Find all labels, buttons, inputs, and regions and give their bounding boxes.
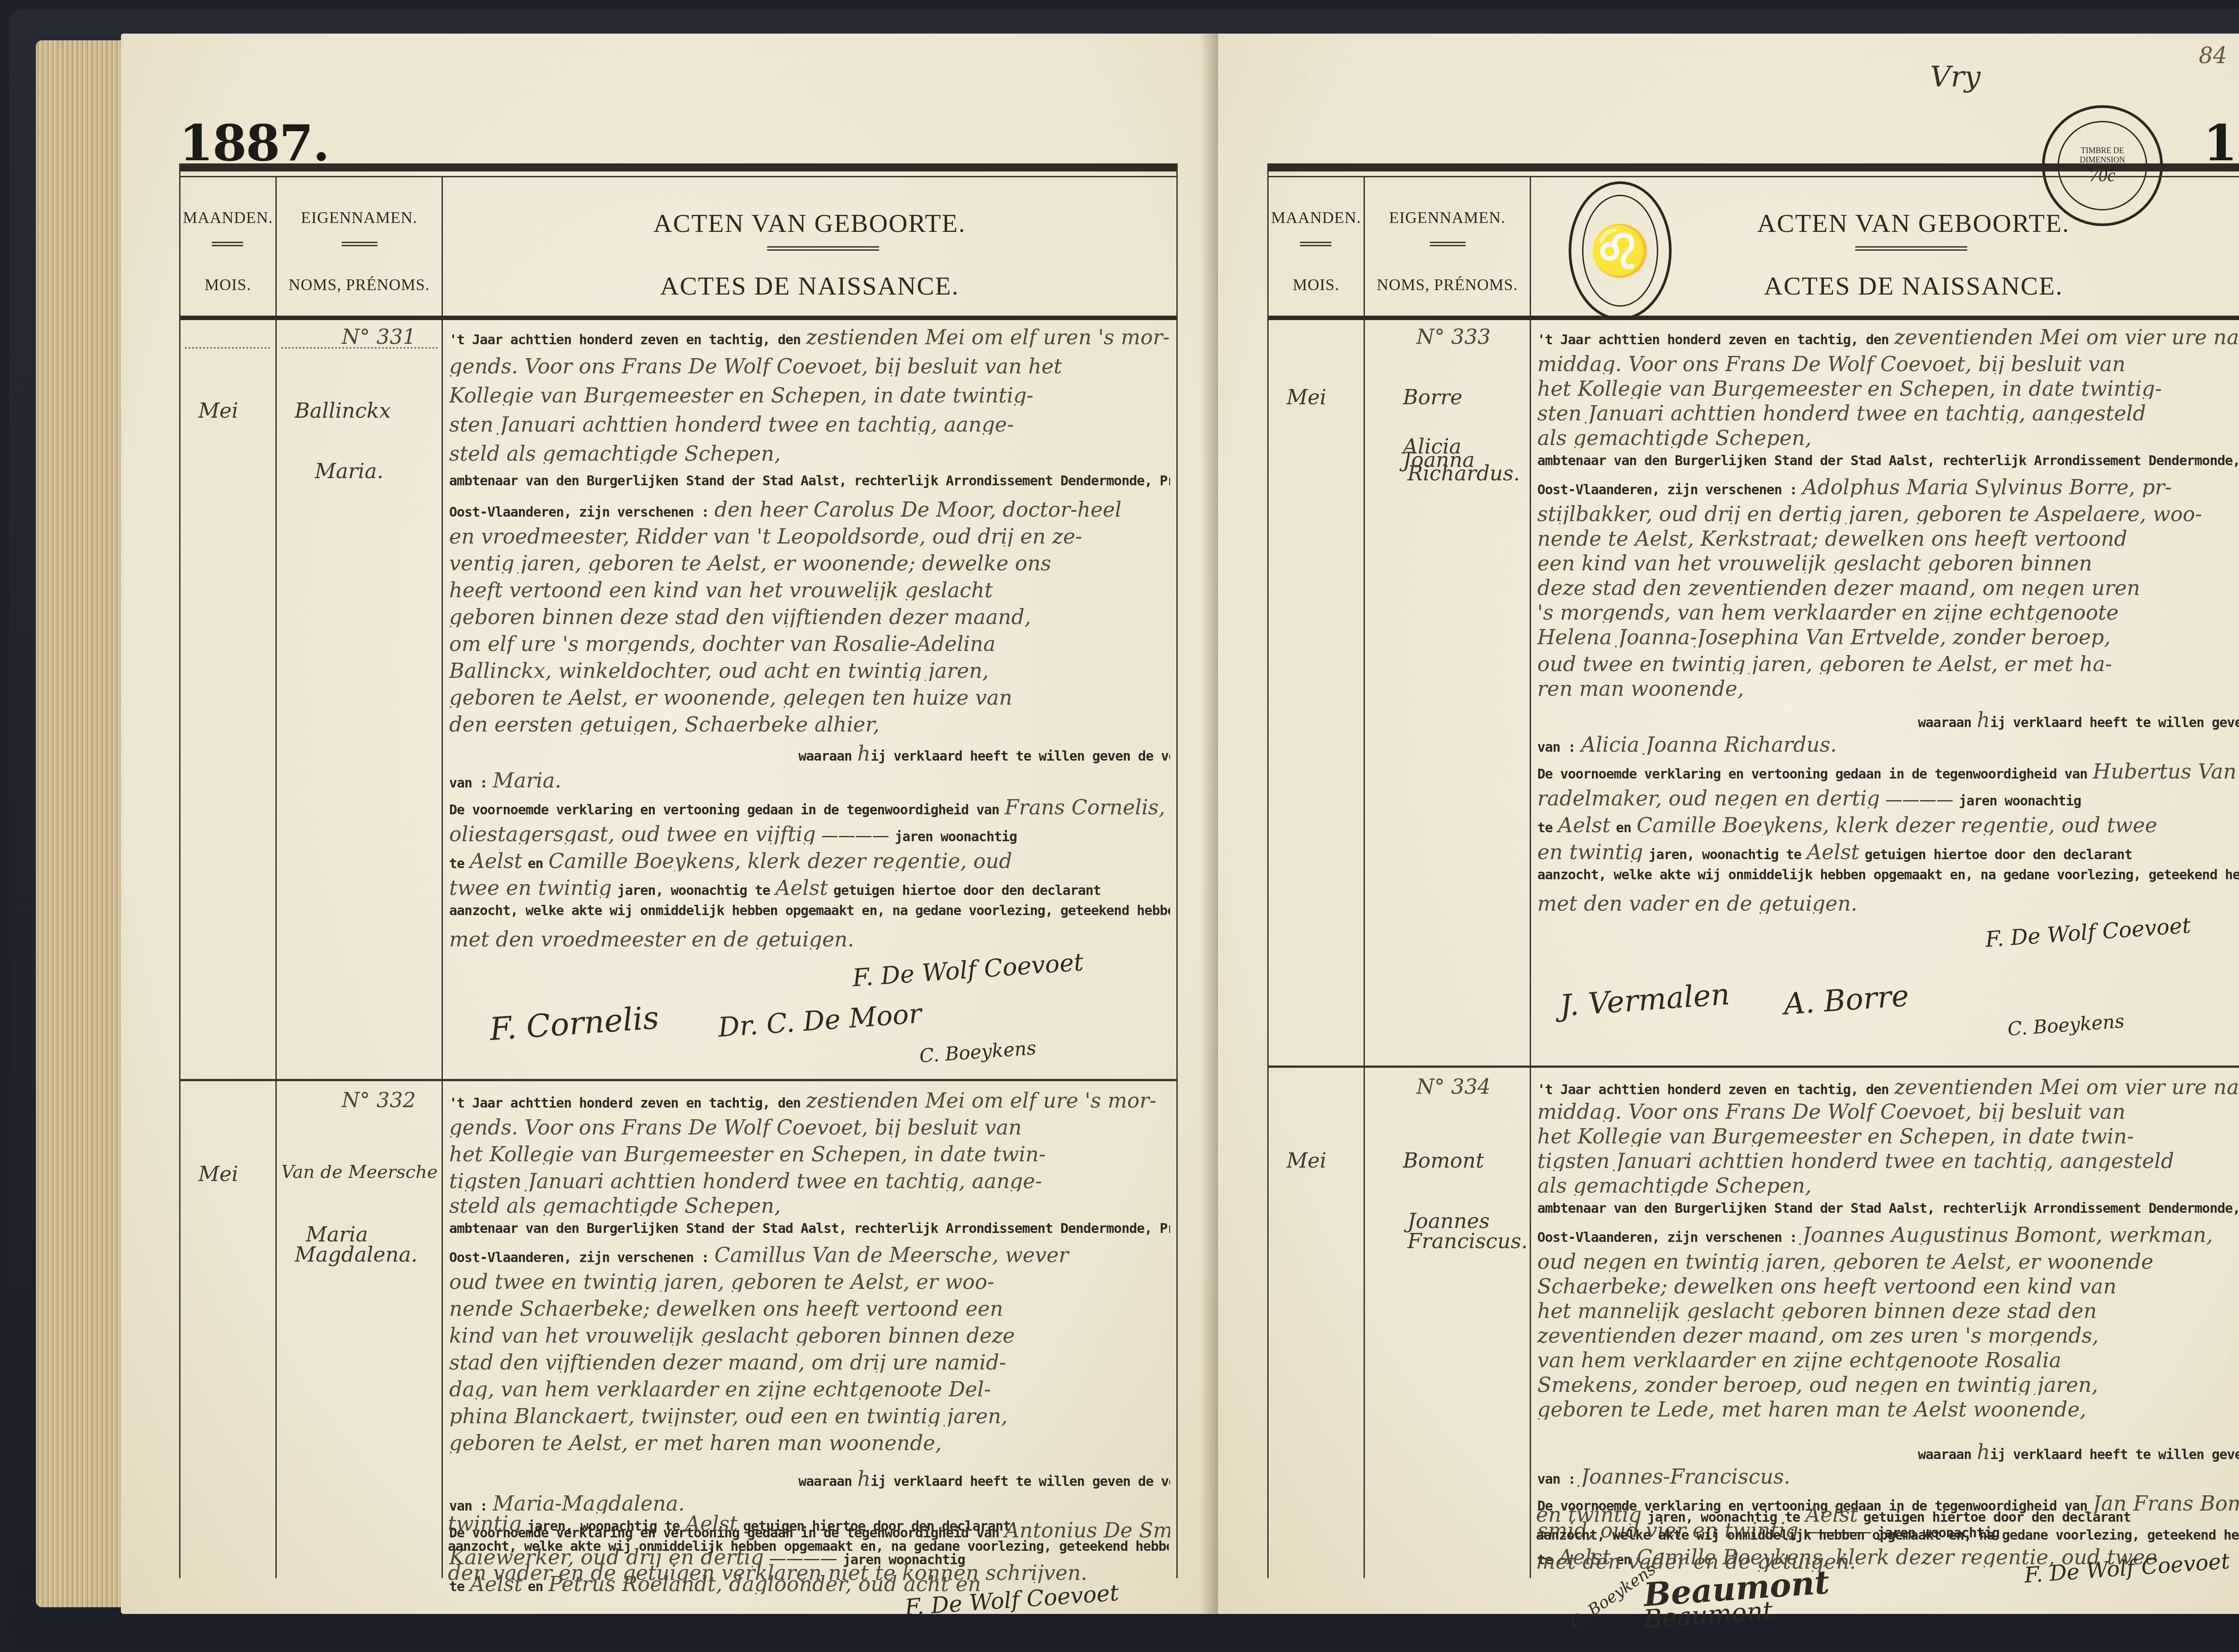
handwritten-pronoun: h — [858, 1468, 871, 1489]
header-divider — [342, 242, 377, 246]
header-month-nl: MAANDEN. — [180, 208, 275, 227]
entry-month: Mei — [198, 1162, 238, 1186]
title-nl: ACTEN VAN GEBOORTE. — [443, 208, 1176, 238]
handwritten-age: en twintig — [1537, 842, 1643, 862]
handwritten-line: phina Blanckaert, twijnster, oud een en … — [449, 1406, 1170, 1426]
handwritten-line: het Kollegie van Burgemeester en Schepen… — [1537, 378, 2239, 399]
entry-surname: Bomont — [1403, 1148, 1484, 1173]
handwritten-line: middag. Voor ons Frans De Wolf Coevoet, … — [1537, 1101, 2239, 1122]
entry-separator — [1269, 1066, 2239, 1068]
handwritten-date: zeventienden Mei om vier ure na- — [1894, 1077, 2239, 1097]
printed-text: jaren, woonachtig te — [1648, 847, 1801, 862]
declarant-line: Oost-Vlaanderen, zijn verschenen : den h… — [449, 499, 1170, 520]
signature-witness: C. Boeykens — [919, 1037, 1037, 1067]
printed-text: jaren, woonachtig te — [617, 883, 770, 898]
handwritten-line: steld als gemachtigde Schepen, — [449, 443, 1170, 464]
printed-text: te — [449, 856, 464, 871]
handwritten-line: als gemachtigde Schepen, — [1537, 1175, 2239, 1196]
handwritten-pronoun: h — [1977, 710, 1990, 730]
register-form-left: MAANDEN. MOIS. EIGENNAMEN. NOMS, PRÉNOMS… — [179, 163, 1178, 1578]
handwritten-line: oud twee en twintig jaren, geboren te Ae… — [1537, 654, 2239, 674]
register-form-right: MAANDEN. MOIS. EIGENNAMEN. NOMS, PRÉNOMS… — [1267, 163, 2239, 1578]
dry-stamp-lion: ♌ — [1569, 181, 1672, 320]
handwritten-child-names: Alicia Joanna Richardus. — [1581, 734, 1836, 755]
printed-text: aanzocht, welke akte wij onmiddelijk heb… — [1536, 1529, 2239, 1542]
witness1-age-line: oliestagersgast, oud twee en vijftig ———… — [449, 824, 1170, 844]
page-edges-left — [36, 40, 134, 1607]
handwritten-child-names: Maria-Magdalena. — [493, 1493, 685, 1514]
signature-declarant: Dr. C. De Moor — [717, 998, 922, 1044]
entry-month: Mei — [198, 398, 238, 423]
declarant-line: Oost-Vlaanderen, zijn verschenen : Camil… — [449, 1245, 1170, 1265]
header-rule-top — [180, 163, 1176, 171]
handwritten-line: oud negen en twintig jaren, geboren te A… — [1537, 1251, 2239, 1272]
printed-text: 't Jaar achttien honderd zeven en tachti… — [1537, 332, 1889, 347]
folio-number: 84 — [2199, 43, 2227, 68]
handwritten-line: tigsten Januari achttien honderd twee en… — [1537, 1151, 2239, 1171]
handwritten-line: Ballinckx, winkeldochter, oud acht en tw… — [449, 660, 1170, 681]
printed-text: aanzocht, welke akte wij onmiddelijk heb… — [449, 904, 1170, 918]
handwritten-line: een kind van het vrouwelijk geslacht geb… — [1537, 553, 2239, 573]
handwritten-closing: met den vader en de getuigen. — [1537, 893, 2239, 914]
printed-text: aanzocht, welke akte wij onmiddelijk heb… — [448, 1540, 1169, 1554]
child-names-line: van : Joannes-Franciscus. — [1537, 1466, 2239, 1487]
handwritten-line: en vroedmeester, Ridder van 't Leopoldso… — [449, 526, 1170, 547]
handwritten-line: als gemachtigde Schepen, — [1537, 428, 2239, 448]
handwritten-child-names: Maria. — [493, 770, 561, 791]
handwritten-place: Aelst — [1807, 842, 1859, 862]
header-month-fr: MOIS. — [1269, 275, 1364, 294]
header-rule-thin — [1269, 176, 2239, 177]
handwritten-witness: Hubertus Van Mollem — [2093, 761, 2239, 782]
title-fr: ACTES DE NAISSANCE. — [443, 271, 1176, 301]
handwritten-line: Kollegie van Burgemeester en Schepen, in… — [449, 385, 1170, 406]
handwritten-line: oud twee en twintig jaren, geboren te Ae… — [449, 1271, 1170, 1292]
handwritten-line: het Kollegie van Burgemeester en Schepen… — [449, 1144, 1170, 1164]
printed-text: jaren, woonachtig te — [527, 1519, 680, 1534]
handwritten-age: oliestagersgast, oud twee en vijftig — [449, 824, 816, 844]
printed-text: ij verklaard heeft te willen geven de vo… — [1990, 1447, 2239, 1462]
handwritten-line: den eersten getuigen, Schaerbeke alhier, — [449, 714, 1170, 735]
printed-text: ij verklaard heeft te willen geven de vo… — [871, 749, 1170, 764]
handwritten-declarant: Joannes Augustinus Bomont, werkman, — [1802, 1224, 2213, 1245]
handwritten-line: nende Schaerbeke; dewelken ons heeft ver… — [449, 1298, 1170, 1319]
printed-text: ij verklaard heeft te willen geven de vo… — [871, 1474, 1170, 1489]
handwritten-closing: den vader en de getuigen verklaren niet … — [448, 1562, 1169, 1583]
handwritten-date: zestienden Mei om elf ure 's mor- — [806, 1090, 1156, 1111]
handwritten-line: gends. Voor ons Frans De Wolf Coevoet, b… — [449, 1117, 1170, 1138]
printed-text: 't Jaar achttien honderd zeven en tachti… — [1537, 1082, 1889, 1097]
entry-given-name: Richardus. — [1407, 461, 1520, 485]
handwritten-date: zeventienden Mei om vier ure na- — [1894, 327, 2239, 347]
printed-text: getuigen hiertoe door den declarant — [833, 883, 1101, 898]
handwritten-line: van hem verklaarder en zijne echtgenoote… — [1537, 1350, 2239, 1370]
printed-text: jaren, woonachtig te — [1647, 1510, 1800, 1525]
handwritten-line: middag. Voor ons Frans De Wolf Coevoet, … — [1537, 354, 2239, 374]
printed-text: jaren woonachtig — [1959, 793, 2081, 809]
header-rule-bottom — [180, 316, 1176, 320]
entry-surname: Van de Meersche — [281, 1162, 438, 1182]
printed-text: waaraan — [798, 749, 852, 764]
printed-text: ambtenaar van den Burgerlijken Stand der… — [1537, 454, 2239, 468]
handwritten-closing: met den vroedmeester en de getuigen. — [449, 929, 1170, 950]
child-names-line: van : Maria-Magdalena. — [449, 1493, 1170, 1514]
handwritten-age: twintig — [448, 1513, 522, 1534]
entry-surname: Ballinckx — [295, 398, 391, 423]
printed-text: Oost-Vlaanderen, zijn verschenen : — [1537, 482, 1797, 497]
printed-text: Oost-Vlaanderen, zijn verschenen : — [449, 1250, 709, 1265]
handwritten-line: zeventienden dezer maand, om zes uren 's… — [1537, 1325, 2239, 1346]
printed-text: van : — [449, 1498, 487, 1514]
birth-entry-332: N° 332 Mei Van de Meersche Maria Magdale… — [180, 1079, 1176, 1571]
witness2-age-line: twintig jaren, woonachtig te Aelst getui… — [448, 1513, 1169, 1534]
handwritten-line: 's morgends, van hem verklaarder en zijn… — [1537, 602, 2239, 623]
entry-number: N° 334 — [1416, 1074, 1491, 1099]
handwritten-place: Aelst — [685, 1513, 738, 1534]
witness2-line: te Aelst en Camille Boeykens, klerk deze… — [1537, 815, 2239, 835]
handwritten-line: dag, van hem verklaarder en zijne echtge… — [449, 1379, 1170, 1399]
header-divider — [1300, 242, 1331, 246]
signature-officer: F. De Wolf Coevoet — [851, 948, 1084, 992]
header-names-nl: EIGENNAMEN. — [277, 208, 442, 227]
printed-text: Oost-Vlaanderen, zijn verschenen : — [1537, 1230, 1797, 1245]
act-opening-line: 't Jaar achttien honderd zeven en tachti… — [449, 327, 1170, 347]
signature-witness: F. Cornelis — [489, 999, 660, 1048]
handwritten-place: Aelst — [470, 851, 522, 871]
handwritten-pronoun: h — [1977, 1442, 1990, 1462]
printed-text: De voornoemde verklaring en vertooning g… — [1537, 766, 2087, 782]
witness2-age-line: twee en twintig jaren, woonachtig te Ael… — [449, 877, 1170, 898]
handwritten-line: Schaerbeke; dewelken ons heeft vertoond … — [1537, 1276, 2239, 1297]
act-opening-line: 't Jaar achttien honderd zeven en tachti… — [449, 1090, 1170, 1111]
handwritten-line: ren man woonende, — [1537, 678, 2239, 699]
signature-witness: C. Boeykens — [2007, 1010, 2125, 1040]
entry-given-name: Franciscus. — [1407, 1229, 1528, 1253]
printed-text: aanzocht, welke akte wij onmiddelijk heb… — [1537, 869, 2239, 882]
printed-text: en — [1616, 820, 1631, 835]
handwritten-age: radelmaker, oud negen en dertig — [1537, 788, 1880, 809]
handwritten-declarant: den heer Carolus De Moor, doctor-heel — [714, 499, 1121, 520]
witness2-line: te Aelst en Camille Boeykens, klerk deze… — [449, 851, 1170, 871]
printed-text: te — [1537, 820, 1553, 835]
header-names-fr: NOMS, PRÉNOMS. — [277, 275, 442, 294]
handwritten-line: geboren te Lede, met haren man te Aelst … — [1537, 1399, 2239, 1420]
title-divider — [767, 246, 879, 251]
handwritten-line: sten Januari achttien honderd twee en ta… — [449, 414, 1170, 435]
signature-witness: J. Vermalen — [1559, 977, 1731, 1023]
dotted-line — [281, 347, 438, 349]
handwritten-date: zestienden Mei om elf uren 's mor- — [806, 327, 1170, 347]
header-rule-thin — [180, 176, 1176, 177]
declarant-line: Oost-Vlaanderen, zijn verschenen : Joann… — [1537, 1224, 2239, 1245]
printed-text: Oost-Vlaanderen, zijn verschenen : — [449, 505, 709, 520]
act-opening-line: 't Jaar achttien honderd zeven en tachti… — [1537, 1077, 2239, 1097]
handwritten-line: stijlbakker, oud drij en dertig jaren, g… — [1537, 504, 2239, 524]
entry-separator — [180, 1079, 1176, 1081]
handwritten-line: geboren te Aelst, er woonende, gelegen t… — [449, 687, 1170, 708]
handwritten-line: tigsten Januari achttien honderd twee en… — [449, 1171, 1170, 1191]
printed-text: waaraan — [798, 1474, 852, 1489]
header-names-fr: NOMS, PRÉNOMS. — [1365, 275, 1530, 294]
handwritten-pronoun: h — [858, 743, 871, 764]
header-divider — [1430, 242, 1466, 246]
declarant-line: Oost-Vlaanderen, zijn verschenen : Adolp… — [1537, 477, 2239, 497]
birth-entry-333: N° 333 Mei Borre Alicia Joanna Richardus… — [1269, 320, 2239, 947]
handwritten-line: steld als gemachtigde Schepen, — [449, 1195, 1170, 1216]
printed-text: De voornoemde verklaring en vertooning g… — [449, 802, 999, 817]
printed-text: getuigen hiertoe door den declarant — [743, 1519, 1011, 1534]
handwritten-place: Aelst — [1558, 815, 1610, 835]
handwritten-line: nende te Aelst, Kerkstraat; dewelken ons… — [1537, 528, 2239, 549]
handwritten-line: geboren binnen deze stad den vijftienden… — [449, 607, 1170, 627]
header-divider — [212, 242, 243, 246]
printed-text: van : — [1537, 740, 1575, 755]
stamp-text: TIMBRE DE DIMENSION — [2059, 146, 2146, 165]
handwritten-line: om elf ure 's morgends, dochter van Rosa… — [449, 633, 1170, 654]
handwritten-line: Smekens, zonder beroep, oud negen en twi… — [1537, 1374, 2239, 1395]
handwritten-line: kind van het vrouwelijk geslacht geboren… — [449, 1325, 1170, 1346]
header-names-nl: EIGENNAMEN. — [1365, 208, 1530, 227]
signature-declarant: A. Borre — [1783, 978, 1910, 1021]
printed-text: 't Jaar achttien honderd zeven en tachti… — [449, 1096, 801, 1111]
header-month-nl: MAANDEN. — [1269, 208, 1364, 227]
voornamen-line: waaraan hij verklaard heeft te willen ge… — [798, 743, 1170, 764]
handwritten-witness: Camille Boeykens, klerk dezer regentie, … — [1637, 815, 2157, 835]
handwritten-line: ventig jaren, geboren te Aelst, er woone… — [449, 553, 1170, 573]
handwritten-line: sten Januari achttien honderd twee en ta… — [1537, 403, 2239, 424]
handwritten-line: stad den vijftienden dezer maand, om dri… — [449, 1352, 1170, 1373]
entry-number: N° 331 — [342, 325, 416, 349]
voornamen-line: waaraan hij verklaard heeft te willen ge… — [798, 1468, 1170, 1489]
handwritten-child-names: Joannes-Franciscus. — [1581, 1466, 1790, 1487]
header-rule-top — [1269, 163, 2239, 171]
printed-text: ambtenaar van den Burgerlijken Stand der… — [449, 1222, 1170, 1236]
handwritten-line: het mannelijk geslacht geboren binnen de… — [1537, 1301, 2239, 1321]
printed-text: van : — [1537, 1472, 1575, 1487]
entry-number: N° 332 — [342, 1088, 416, 1112]
entry-month: Mei — [1287, 385, 1326, 409]
title-divider — [1855, 246, 1967, 251]
printed-text: waaraan — [1918, 715, 1971, 730]
entry-surname: Borre — [1403, 385, 1463, 409]
handwritten-line: geboren te Aelst, er met haren man woone… — [449, 1433, 1170, 1453]
dotted-line — [185, 347, 270, 349]
signature-officer: F. De Wolf Coevoet — [1985, 913, 2192, 952]
margin-annotation: Vry — [1930, 60, 1981, 94]
handwritten-line: Helena Joanna-Josephina Van Ertvelde, zo… — [1537, 627, 2239, 647]
printed-text: ambtenaar van den Burgerlijken Stand der… — [449, 475, 1170, 488]
printed-text: getuigen hiertoe door den declarant — [1863, 1510, 2131, 1525]
printed-text: ambtenaar van den Burgerlijken Stand der… — [1537, 1202, 2239, 1215]
printed-text: van : — [449, 775, 487, 791]
printed-text: getuigen hiertoe door den declarant — [1865, 847, 2132, 862]
printed-text: jaren woonachtig — [895, 829, 1017, 844]
left-page: 1887. MAANDEN. MOIS. EIGENNAMEN. NOMS, P… — [121, 34, 1218, 1614]
witness2-age-line: en twintig jaren, woonachtig te Aelst ge… — [1537, 842, 2239, 862]
handwritten-declarant: Camillus Van de Meersche, wever — [714, 1245, 1068, 1265]
act-opening-line: 't Jaar achttien honderd zeven en tachti… — [1537, 327, 2239, 347]
handwritten-witness: Frans Cornelis, — [1005, 797, 1166, 817]
child-names-line: van : Alicia Joanna Richardus. — [1537, 734, 2239, 755]
birth-entry-334: N° 334 Mei Bomont Joannes Franciscus. 't… — [1269, 1066, 2239, 1578]
birth-entry-331: N° 331 Mei Ballinckx Maria. 't Jaar acht… — [180, 320, 1176, 947]
handwritten-age: en twintig — [1536, 1504, 1642, 1525]
child-names-line: van : Maria. — [449, 770, 1170, 791]
header-month-fr: MOIS. — [180, 275, 275, 294]
witness2-age-line: en twintig jaren, woonachtig te Aelst ge… — [1536, 1504, 2239, 1525]
printed-text: 't Jaar achttien honderd zeven en tachti… — [449, 332, 801, 347]
header-rule-bottom — [1269, 316, 2239, 320]
witness1-line: De voornoemde verklaring en vertooning g… — [449, 797, 1170, 817]
printed-text: en — [528, 856, 543, 871]
handwritten-line: gends. Voor ons Frans De Wolf Coevoet, b… — [449, 356, 1170, 377]
printed-text: waaraan — [1918, 1447, 1971, 1462]
handwritten-line: het Kollegie van Burgemeester en Schepen… — [1537, 1126, 2239, 1147]
entry-given-name: Maria. — [315, 459, 383, 483]
printed-text: ij verklaard heeft te willen geven de vo… — [1990, 715, 2239, 730]
entry-number: N° 333 — [1416, 325, 1491, 349]
handwritten-witness: Camille Boeykens, klerk dezer regentie, … — [549, 851, 1012, 871]
voornamen-line: waaraan hij verklaard heeft te willen ge… — [1918, 1442, 2239, 1462]
witness1-line: De voornoemde verklaring en vertooning g… — [1537, 761, 2239, 782]
handwritten-place: Aelst — [776, 877, 828, 898]
handwritten-place: Aelst — [1806, 1504, 1858, 1525]
entry-month: Mei — [1287, 1148, 1326, 1173]
entry-given-name: Magdalena. — [295, 1242, 417, 1267]
handwritten-line: deze stad den zeventienden dezer maand, … — [1537, 578, 2239, 598]
voornamen-line: waaraan hij verklaard heeft te willen ge… — [1918, 710, 2239, 730]
witness1-age-line: radelmaker, oud negen en dertig ———— jar… — [1537, 788, 2239, 809]
handwritten-age: twee en twintig — [449, 877, 612, 898]
handwritten-line: heeft vertoond een kind van het vrouweli… — [449, 580, 1170, 600]
handwritten-declarant: Adolphus Maria Sylvinus Borre, pr- — [1802, 477, 2172, 497]
right-page: 84 Vry 1887. TIMBRE DE DIMENSION 70c MAA… — [1218, 34, 2239, 1614]
